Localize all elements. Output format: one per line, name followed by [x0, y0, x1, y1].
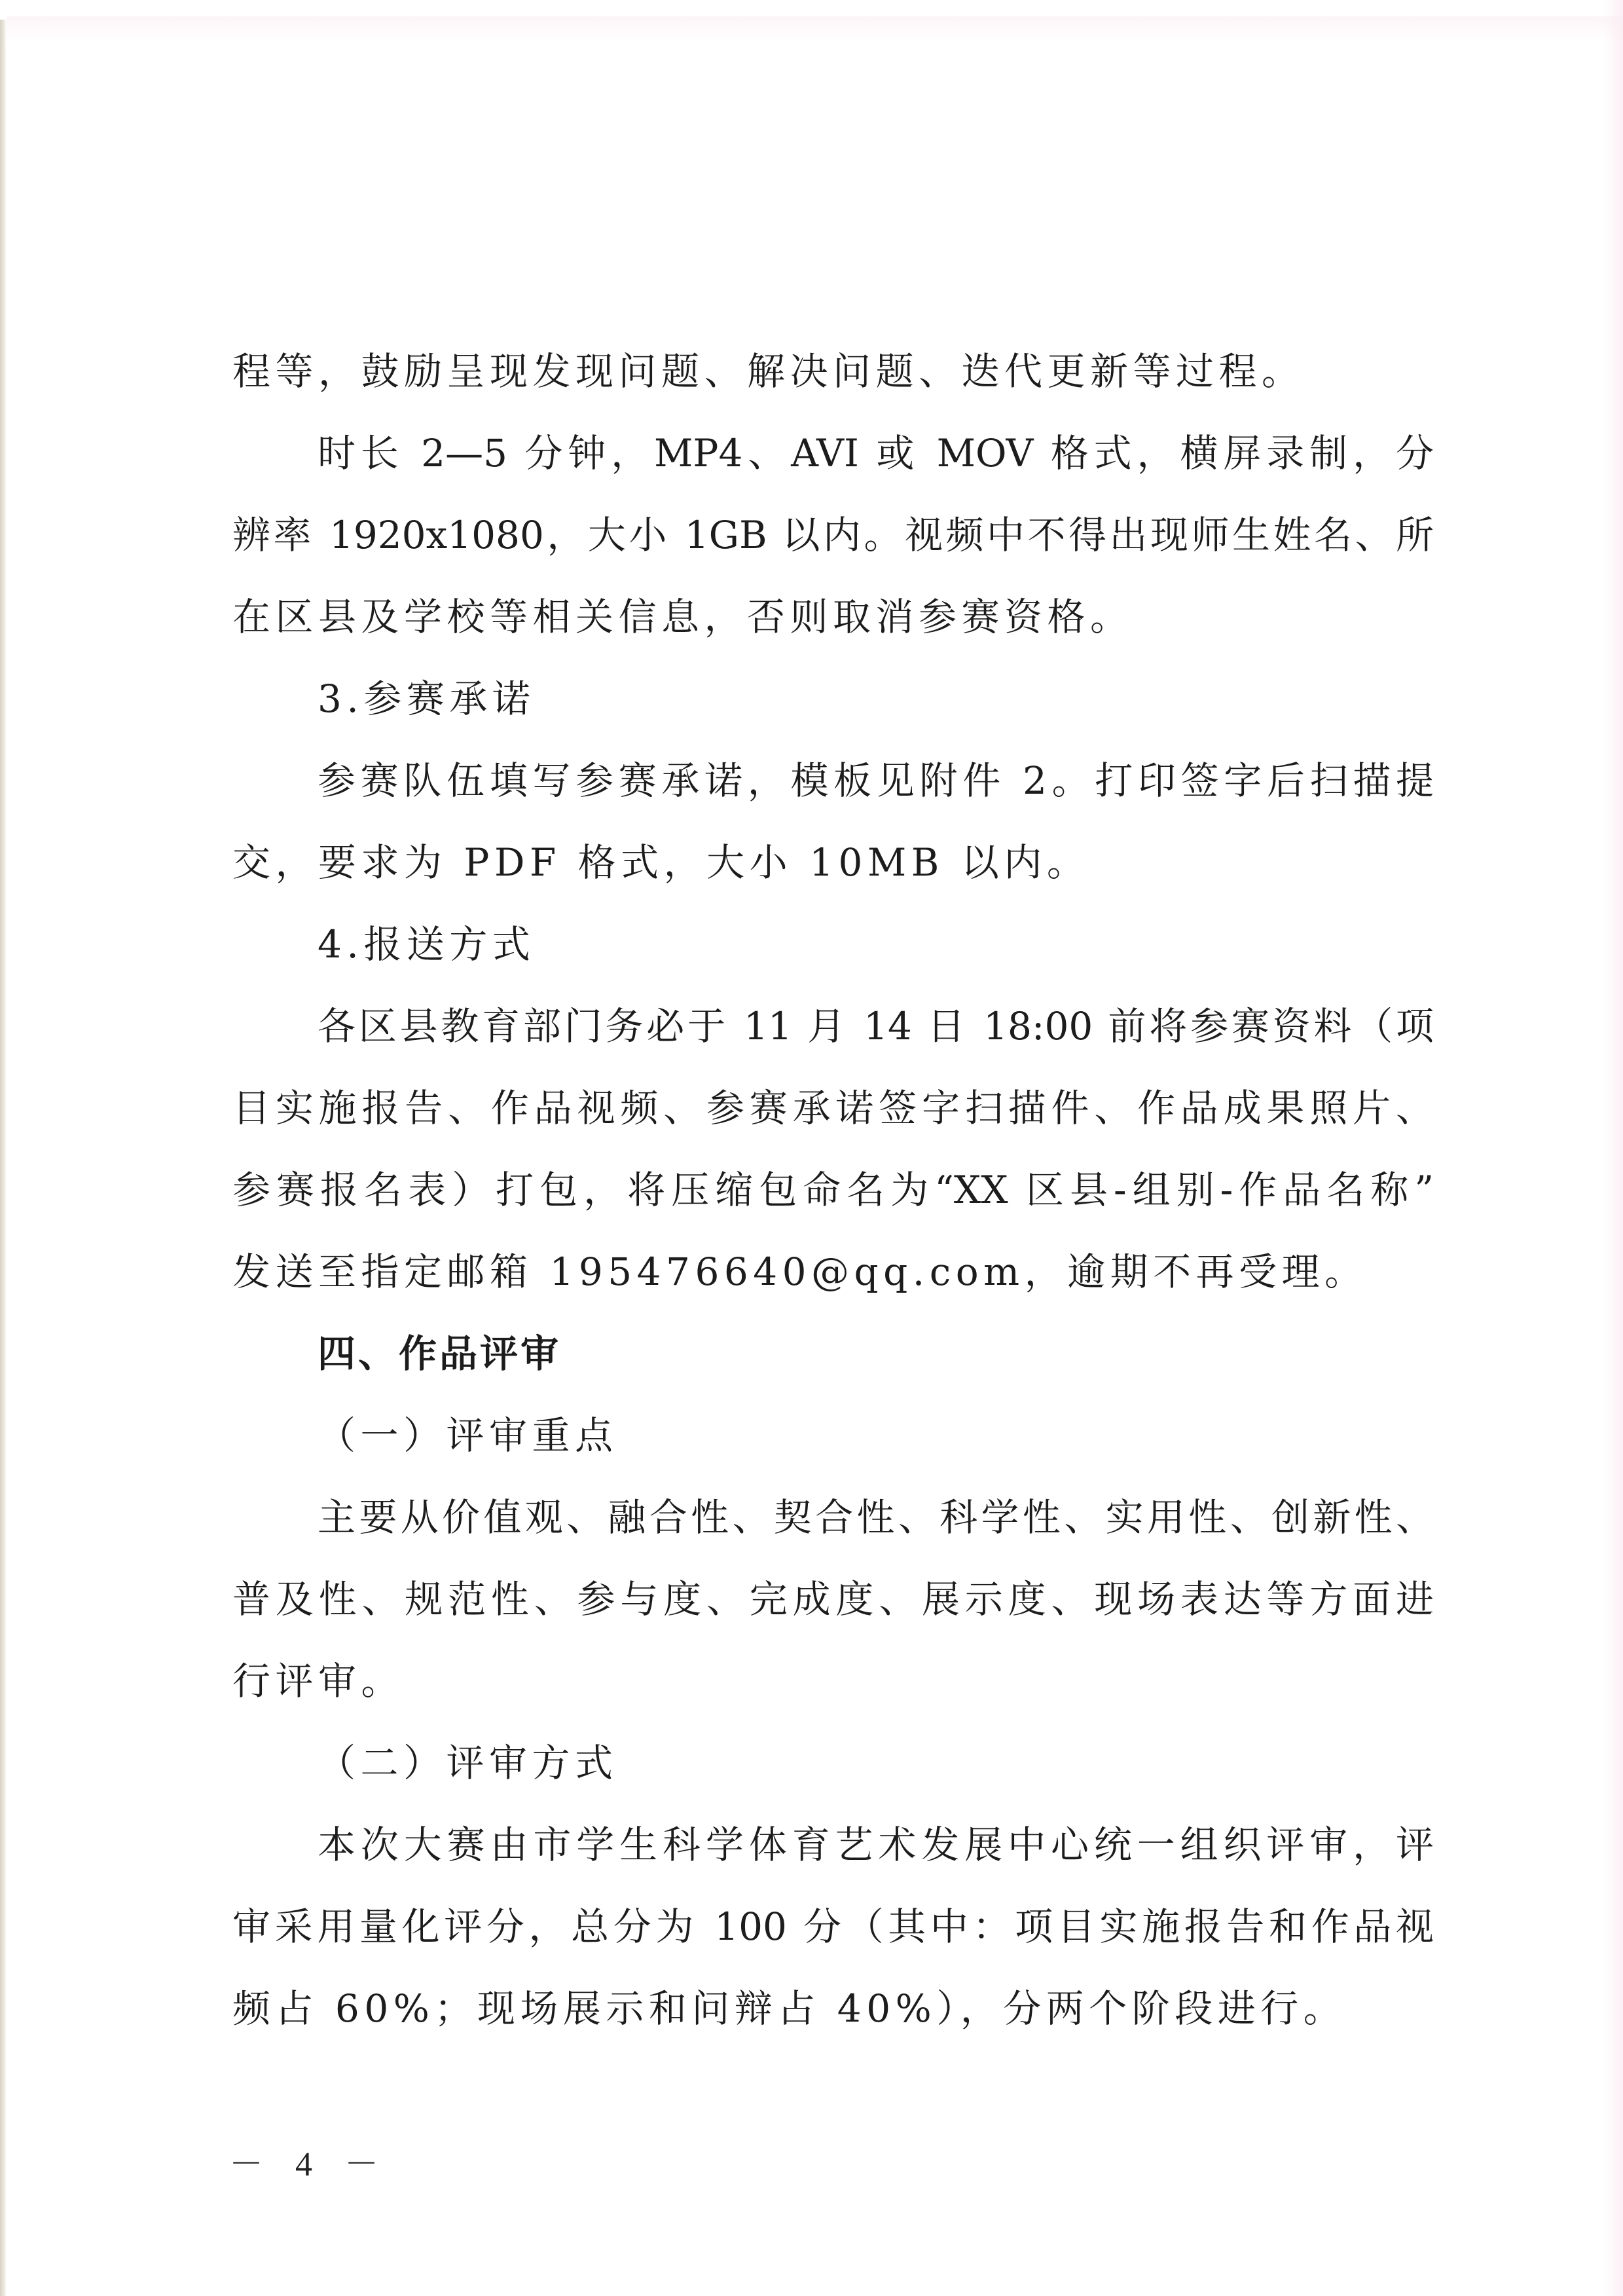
paragraph-line: 程等，鼓励呈现发现问题、解决问题、迭代更新等过程。 [232, 331, 1434, 413]
paragraph-line: 参赛报名表）打包，将压缩包命名为“XX 区县-组别-作品名称” [232, 1149, 1434, 1231]
paragraph-line: 时长 2—5 分钟，MP4、AVI 或 MOV 格式，横屏录制，分 [232, 413, 1434, 494]
paragraph-line: 在区县及学校等相关信息，否则取消参赛资格。 [232, 576, 1434, 658]
email-line: 发送至指定邮箱 195476640@qq.com，逾期不再受理。 [232, 1231, 1434, 1313]
paragraph-line: 主要从价值观、融合性、契合性、科学性、实用性、创新性、 [232, 1477, 1434, 1559]
paragraph-line: 频占 60%；现场展示和问辩占 40%），分两个阶段进行。 [232, 1968, 1434, 2050]
paragraph-line: 交，要求为 PDF 格式，大小 10MB 以内。 [232, 822, 1434, 904]
section-heading-4: 4.报送方式 [232, 904, 1434, 986]
paragraph-line: 各区县教育部门务必于 11 月 14 日 18:00 前将参赛资料（项 [232, 986, 1434, 1067]
subheading-review-method: （二）评审方式 [232, 1722, 1434, 1804]
paragraph-line: 行评审。 [232, 1640, 1434, 1722]
paragraph-line: 审采用量化评分，总分为 100 分（其中：项目实施报告和作品视 [232, 1886, 1434, 1968]
chapter-heading-review: 四、作品评审 [232, 1313, 1434, 1395]
paragraph-line: 普及性、规范性、参与度、完成度、展示度、现场表达等方面进 [232, 1559, 1434, 1640]
document-body: 程等，鼓励呈现发现问题、解决问题、迭代更新等过程。 时长 2—5 分钟，MP4、… [232, 331, 1434, 2050]
section-heading-3: 3.参赛承诺 [232, 658, 1434, 740]
paragraph-line: 辨率 1920x1080，大小 1GB 以内。视频中不得出现师生姓名、所 [232, 494, 1434, 576]
page-number: － 4 － [229, 2136, 390, 2185]
scan-edge-left [0, 20, 7, 2296]
paragraph-line: 目实施报告、作品视频、参赛承诺签字扫描件、作品成果照片、 [232, 1067, 1434, 1149]
paragraph-line: 本次大赛由市学生科学体育艺术发展中心统一组织评审，评 [232, 1804, 1434, 1886]
scan-edge-right [1603, 0, 1623, 2296]
subheading-review-focus: （一）评审重点 [232, 1395, 1434, 1477]
scan-edge-top [7, 16, 1623, 43]
paragraph-line: 参赛队伍填写参赛承诺，模板见附件 2。打印签字后扫描提 [232, 740, 1434, 822]
